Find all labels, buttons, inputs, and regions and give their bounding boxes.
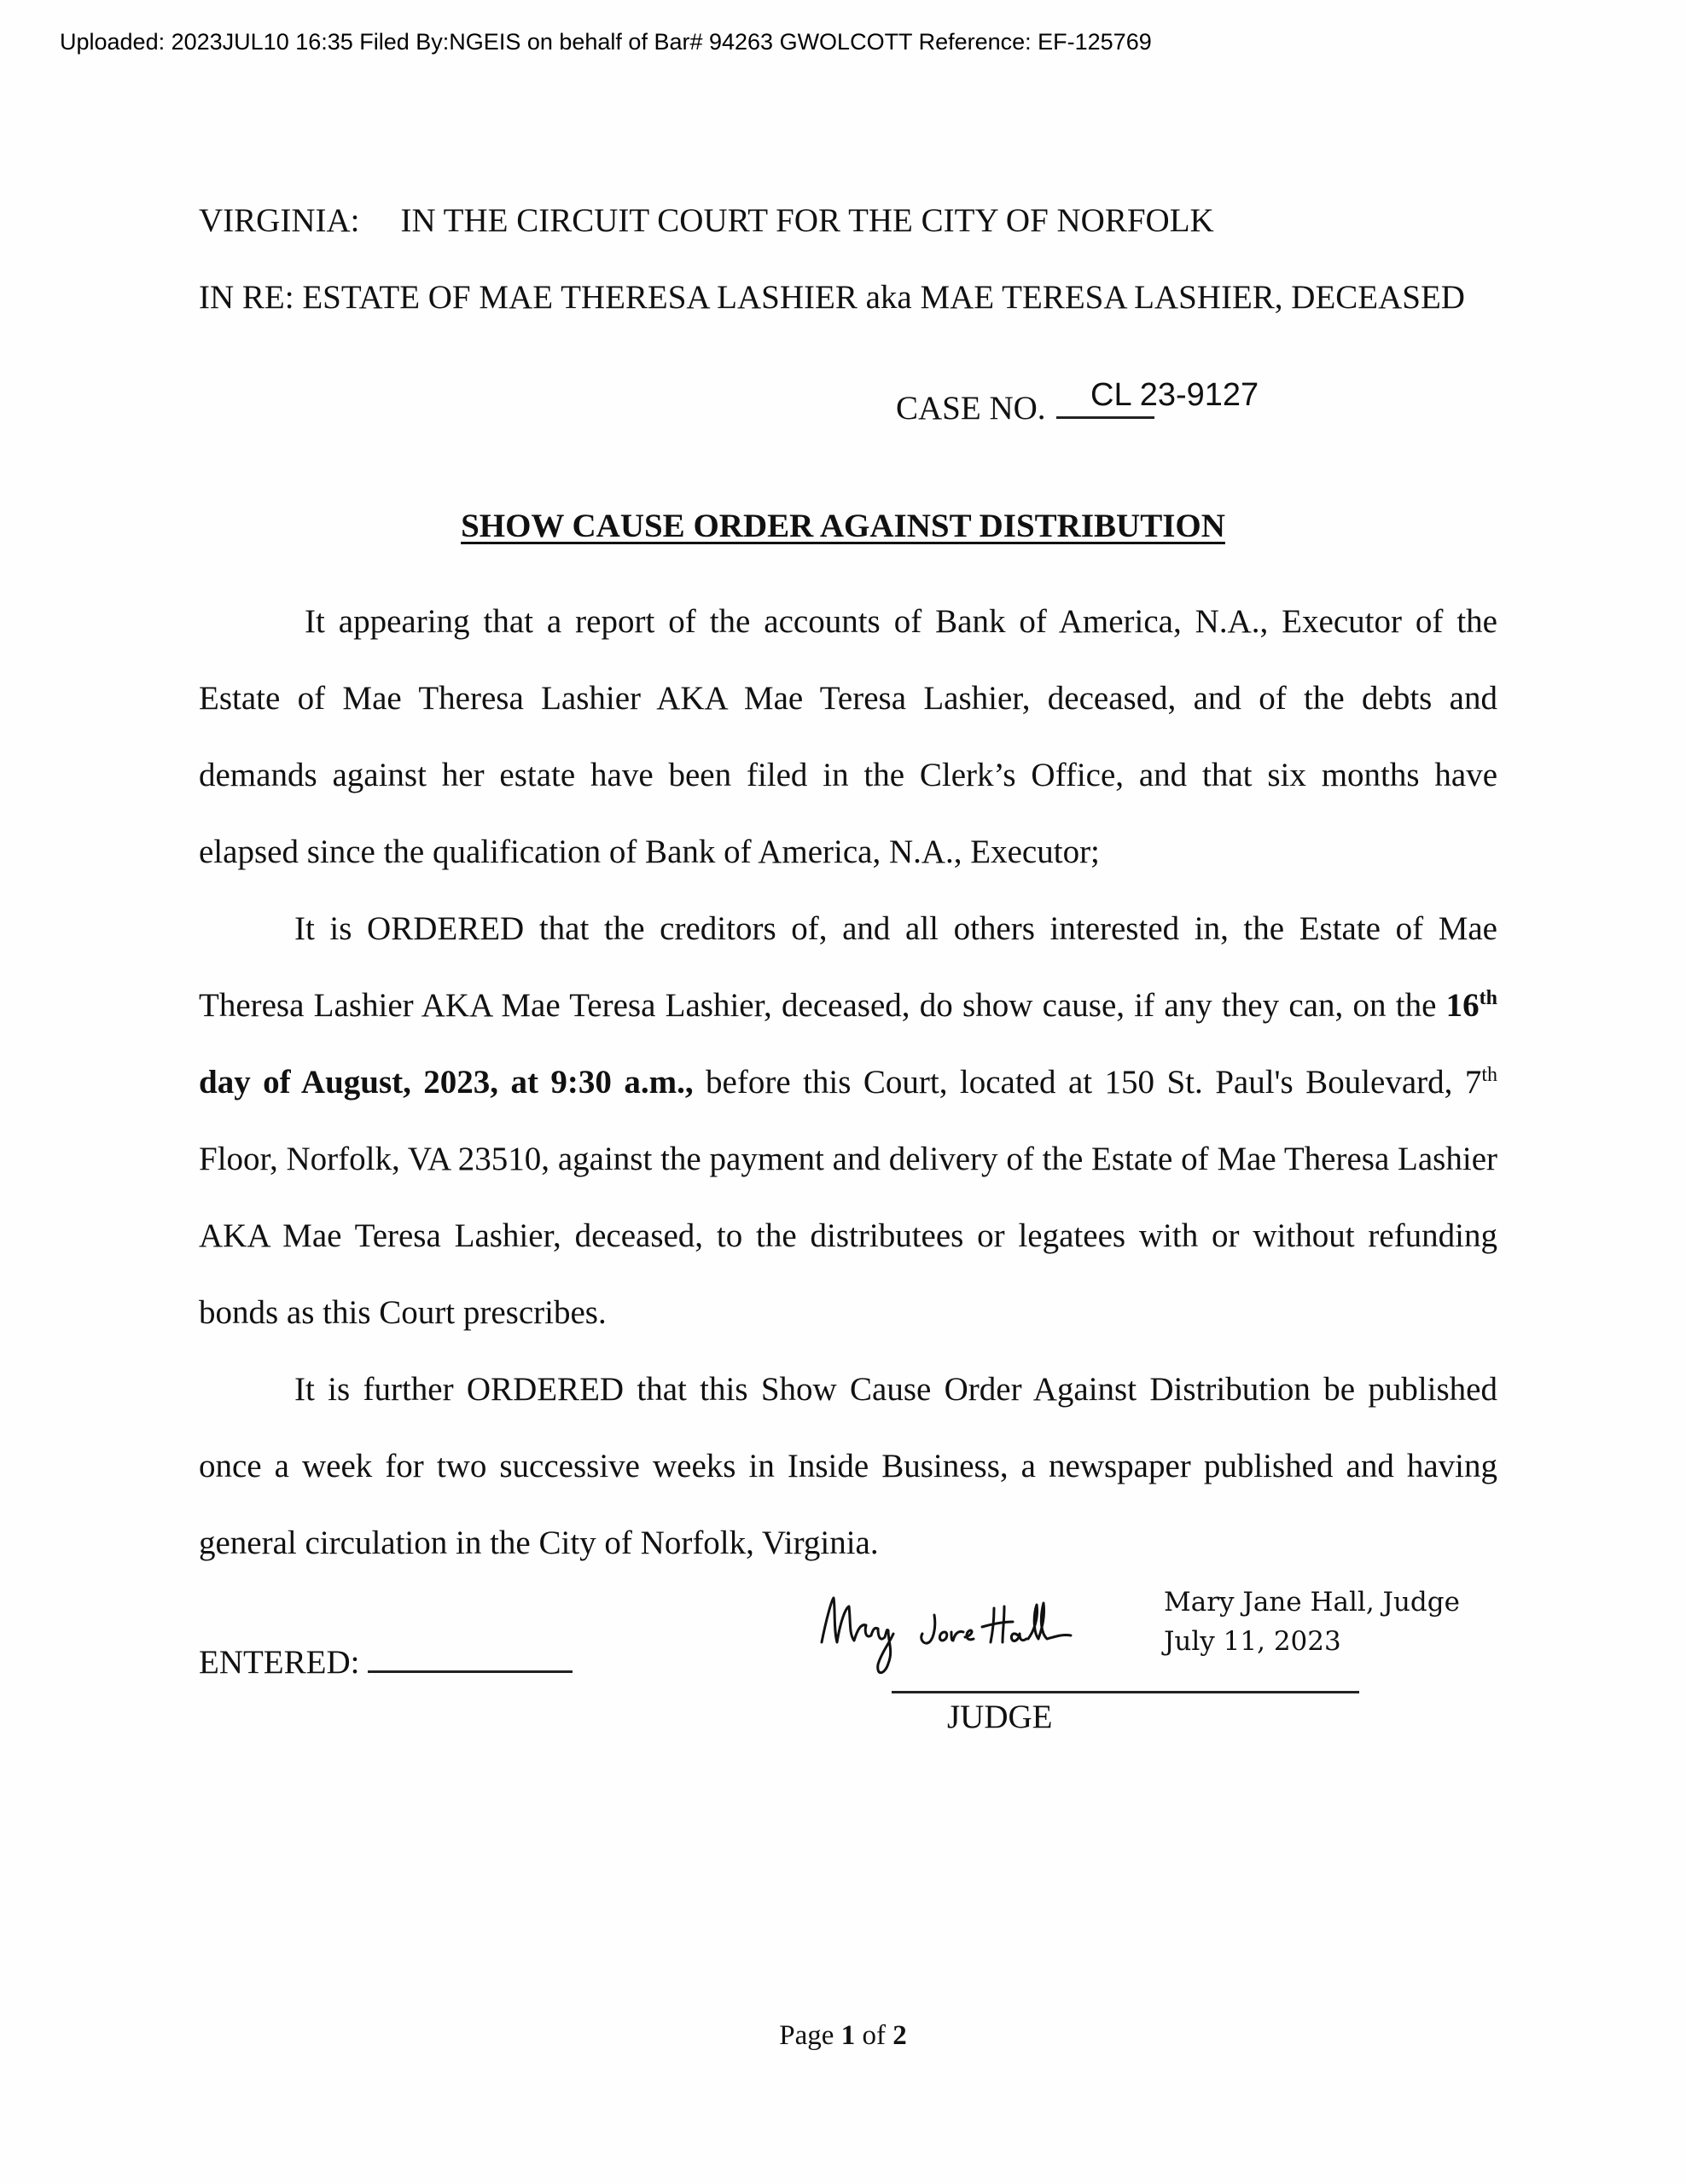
court-name: IN THE CIRCUIT COURT FOR THE CITY OF NOR… [400, 202, 1213, 239]
paragraph-recital: It appearing that a report of the accoun… [199, 584, 1497, 891]
court-location: before this Court, located at 150 St. Pa… [694, 1064, 1482, 1101]
entered-label: ENTERED: [199, 1644, 359, 1681]
document-title: SHOW CAUSE ORDER AGAINST DISTRIBUTION [0, 507, 1686, 545]
filing-stamp: Uploaded: 2023JUL10 16:35 Filed By:NGEIS… [60, 29, 1152, 55]
jurisdiction: VIRGINIA: [199, 202, 359, 239]
paragraph-publication: It is further ORDERED that this Show Cau… [199, 1351, 1497, 1582]
hearing-day: 16 [1446, 987, 1480, 1024]
page-current: 1 [841, 2020, 856, 2051]
paragraph-order: It is ORDERED that the creditors of, and… [199, 891, 1497, 1351]
hearing-date-rest: day of August, 2023, at 9:30 a.m., [199, 1064, 694, 1101]
page-word: Page [779, 2020, 834, 2051]
of-word: of [862, 2020, 886, 2051]
order-text: It is ORDERED that the creditors of, and… [199, 910, 1497, 1024]
entered-blank [368, 1643, 573, 1673]
day-suffix: th [1480, 987, 1497, 1009]
floor-suffix: th [1481, 1064, 1497, 1086]
in-re-line: IN RE: ESTATE OF MAE THERESA LASHIER aka… [199, 278, 1465, 317]
case-no-text: CASE NO. [896, 390, 1046, 427]
judge-stamp-name: Mary Jane Hall, Judge [1164, 1587, 1460, 1618]
judge-stamp-date: July 11, 2023 [1164, 1626, 1341, 1657]
judge-signature [815, 1583, 1122, 1685]
order-text-rest: Floor, Norfolk, VA 23510, against the pa… [199, 1141, 1497, 1331]
judge-signature-line [892, 1691, 1359, 1693]
order-body: It appearing that a report of the accoun… [199, 584, 1497, 1582]
judge-label: JUDGE [947, 1698, 1053, 1736]
caption-court-line: VIRGINIA:IN THE CIRCUIT COURT FOR THE CI… [199, 201, 1214, 240]
page-total: 2 [892, 2020, 907, 2051]
page-footer: Page 1 of 2 [0, 2020, 1686, 2052]
entered-line: ENTERED: [199, 1643, 573, 1682]
case-number-value: CL 23-9127 [1090, 377, 1259, 414]
